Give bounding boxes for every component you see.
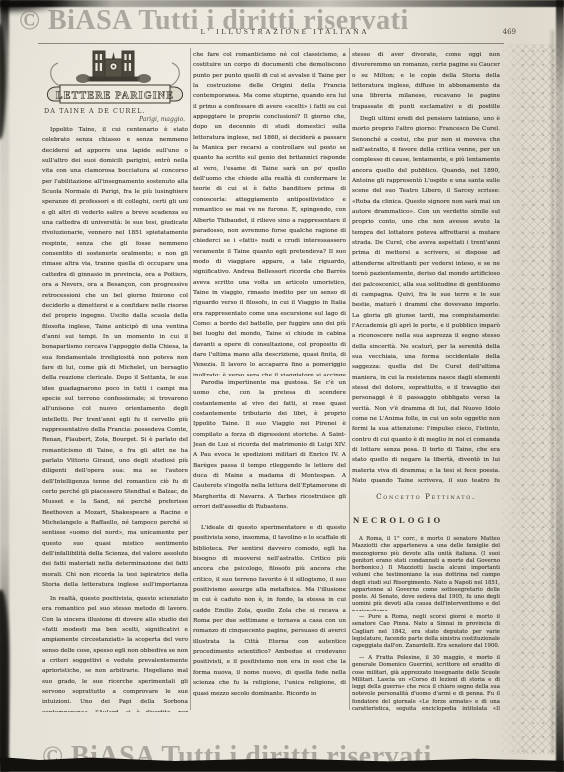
- scan-edge-left: [0, 0, 9, 772]
- masthead-ribbon-label: LETTERE PARIGINE: [56, 91, 174, 102]
- article-dateline: Parigi, maggio.: [139, 116, 185, 123]
- paragraph: Parodia impertinente ma gustosa. Se c'è …: [193, 378, 346, 521]
- paragraph: stesso di aver divorate, come oggi non d…: [352, 50, 500, 112]
- column-right: stesso di aver divorate, come oggi non d…: [352, 48, 500, 712]
- paragraph: Ippolito Taine, il cui centenario è stat…: [42, 125, 188, 591]
- page-number: 469: [503, 28, 516, 36]
- journal-title: L' ILLUSTRAZIONE ITALIANA: [170, 27, 400, 36]
- scan-corner-top-left: [0, 0, 70, 14]
- column-middle: che fare col romanticismo né col classic…: [193, 48, 346, 712]
- page-edge-shadow: [551, 30, 554, 754]
- paragraph: Degli ultimi eredi del pensiero tainiano…: [352, 114, 500, 488]
- header-rule: [38, 43, 504, 44]
- notre-dame-illustration: LETTERE PARIGINE: [42, 48, 188, 106]
- paragraph: L'ideale di questo sperimentatore e di q…: [193, 523, 346, 712]
- column-divider-rule: [190, 48, 191, 710]
- paragraph: che fare col romanticismo né col classic…: [193, 50, 346, 376]
- scan-edge-right: [556, 0, 564, 772]
- scan-edge-bottom: [0, 752, 564, 772]
- obituary-item: — Pure a Roma, negli scorsi giorni è mor…: [352, 614, 500, 652]
- author-signature: Concetto Pettinato.: [352, 492, 500, 501]
- scan-edge-top: [0, 0, 564, 7]
- article-title: DA TAINE A DE CUREL.: [44, 107, 146, 115]
- column-left: LETTERE PARIGINE DA TAINE A DE CUREL. Pa…: [42, 48, 188, 712]
- lettere-parigine-masthead: LETTERE PARIGINE: [42, 48, 188, 106]
- obituary-item: A Roma, il 1° corr., è morto il senatore…: [352, 536, 500, 611]
- scanned-magazine-page: L' ILLUSTRAZIONE ITALIANA 469: [0, 0, 564, 772]
- column-divider-rule: [349, 48, 350, 710]
- obituary-item: — A Fratta Polesine, il 30 maggio, è mor…: [352, 655, 500, 712]
- necrologio-heading: NECROLOGIO: [353, 515, 443, 525]
- page-header: L' ILLUSTRAZIONE ITALIANA 469: [40, 27, 518, 39]
- paragraph: In realtà, questo positivista, questo sc…: [42, 594, 188, 712]
